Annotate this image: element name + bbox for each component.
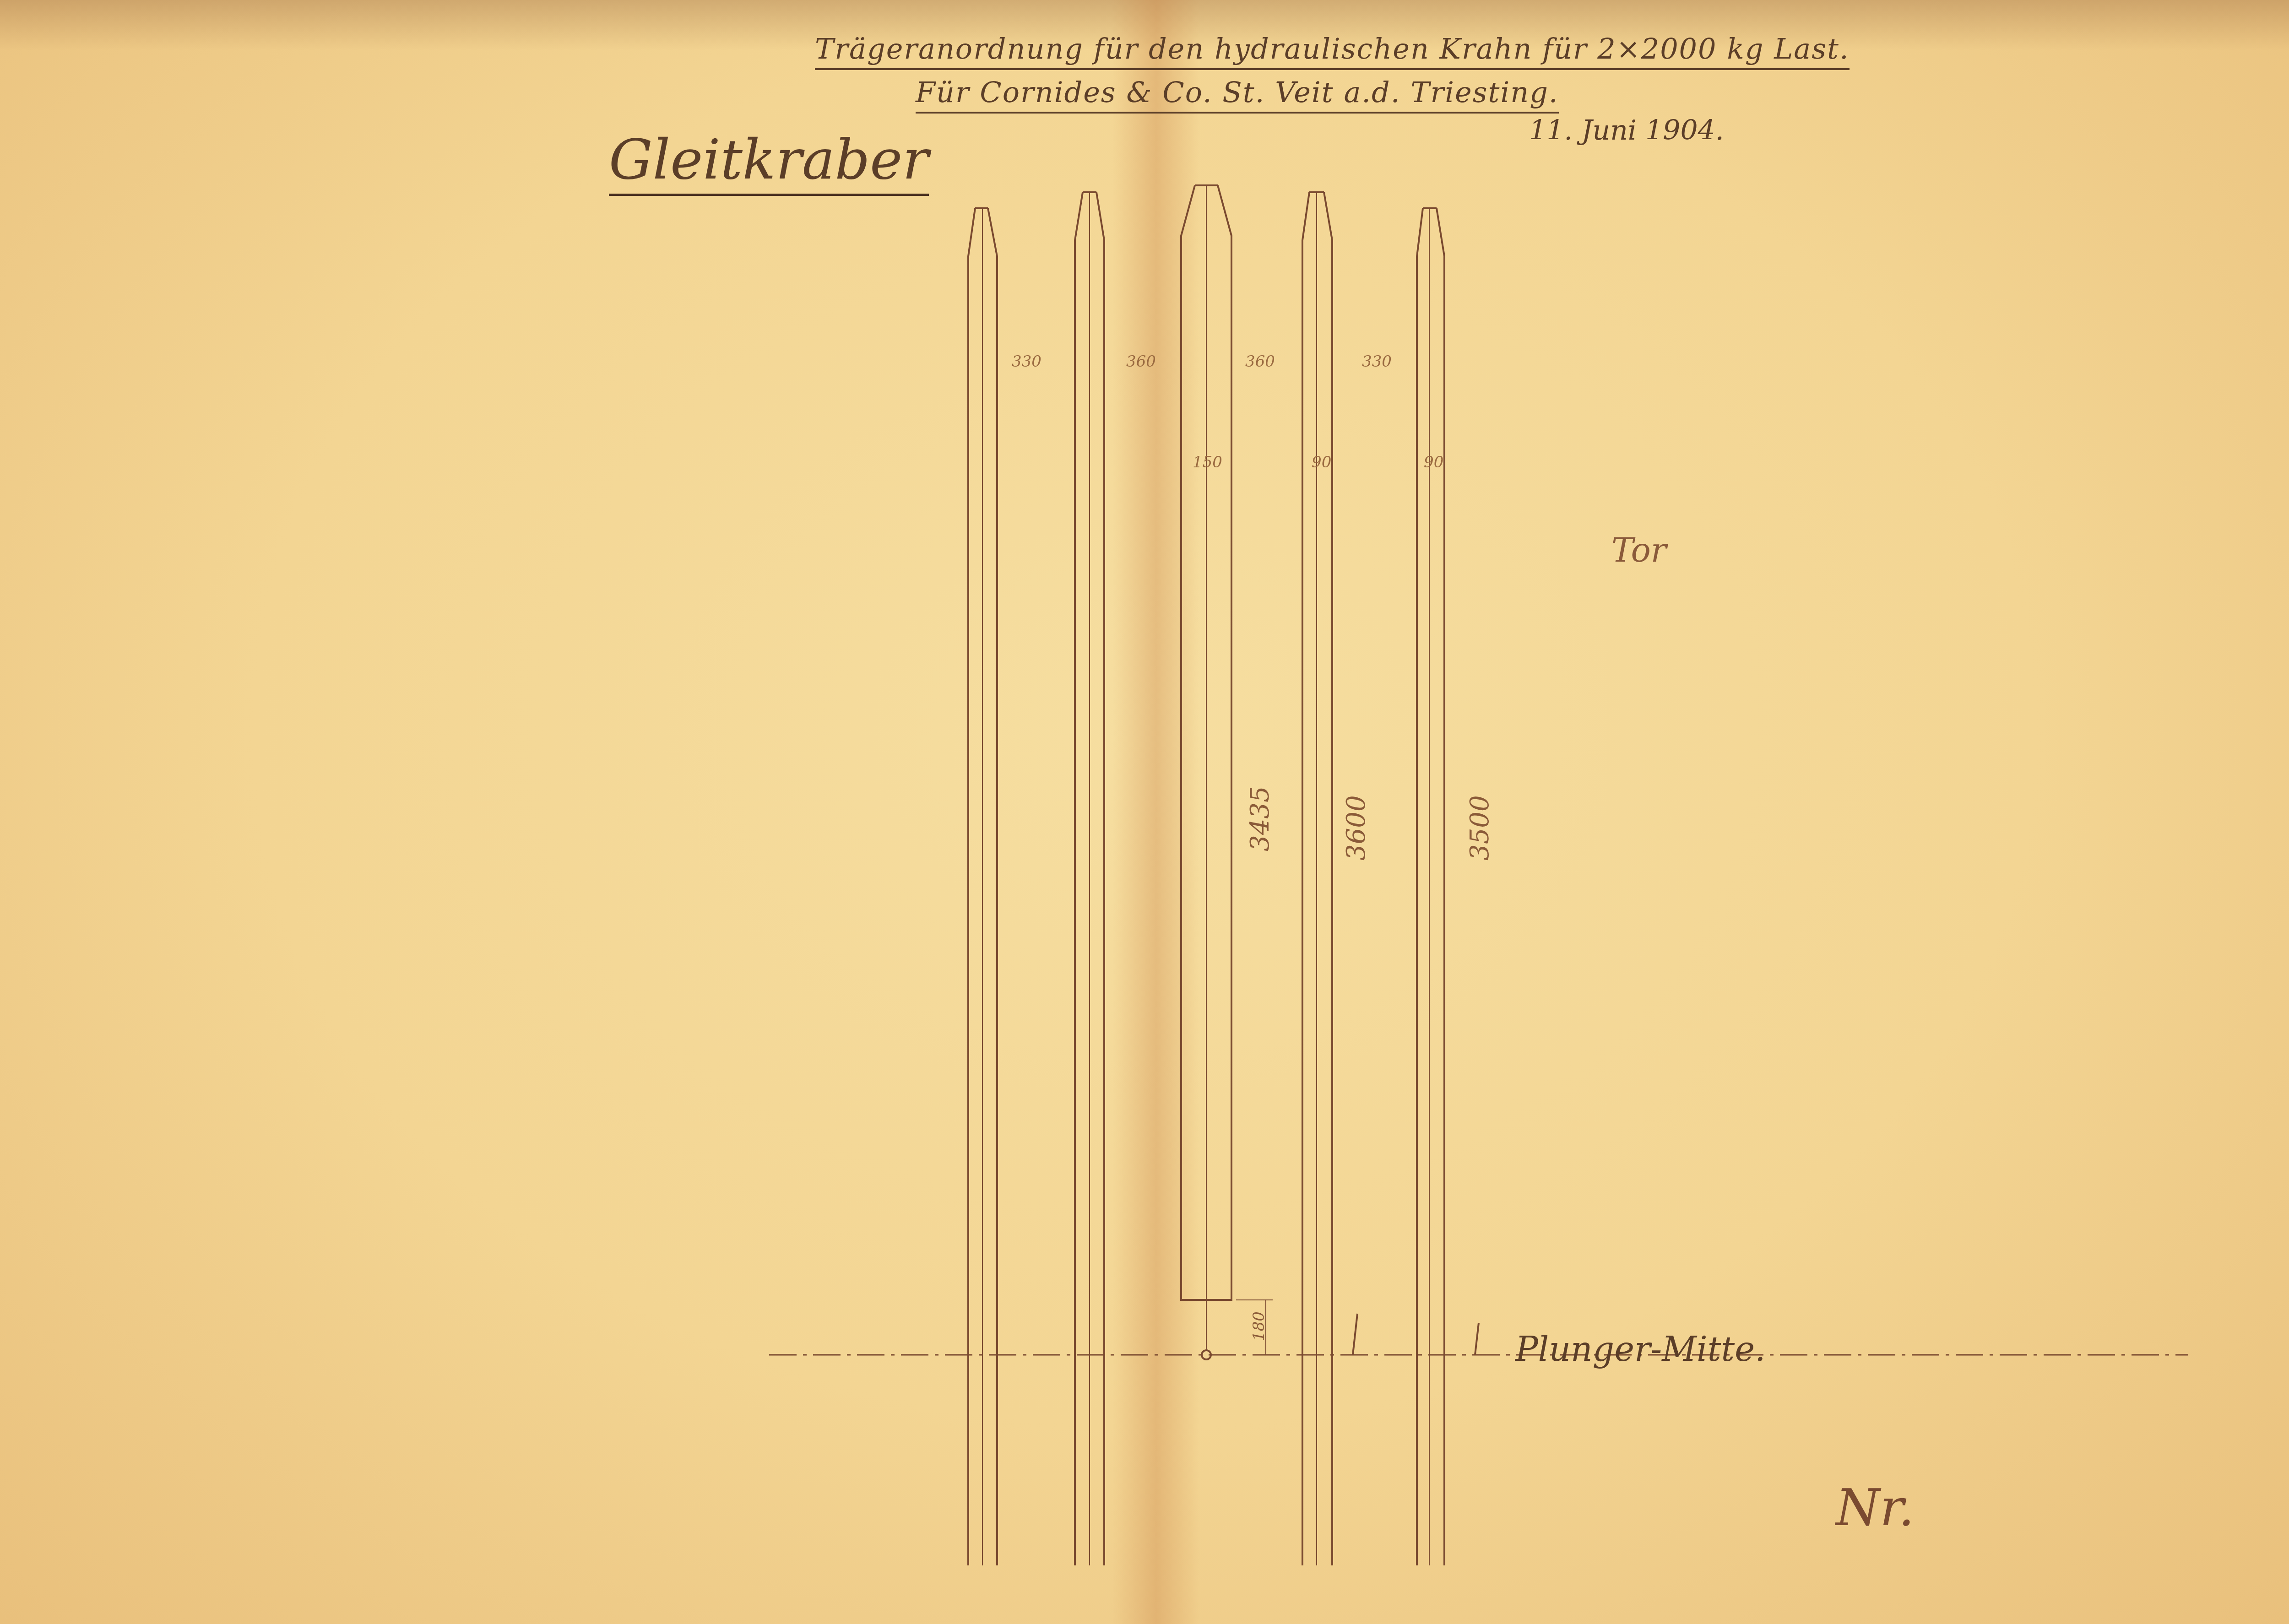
length-dimension: 3500: [1465, 795, 1495, 861]
client-line: Für Cornides & Co. St. Veit a.d. Triesti…: [916, 76, 1559, 114]
width-dimension: 90: [1312, 453, 1331, 471]
spacing-dimension: 360: [1245, 352, 1275, 371]
offset-dimension: 180: [1250, 1311, 1268, 1341]
drawing-title: Trägeranordnung für den hydraulischen Kr…: [815, 32, 1850, 70]
number-label: Nr.: [1836, 1478, 1915, 1537]
spacing-dimension: 330: [1012, 352, 1041, 371]
length-dimension: 3435: [1245, 786, 1275, 851]
side-label: Tor: [1611, 531, 1666, 569]
drawing-date: 11. Juni 1904.: [1529, 114, 1724, 146]
width-dimension: 90: [1424, 453, 1443, 471]
length-dimension: 3600: [1341, 795, 1371, 861]
width-dimension: 150: [1193, 453, 1222, 471]
spacing-dimension: 360: [1126, 352, 1156, 371]
beam-layout-drawing: [0, 0, 2289, 1624]
stamp-label: Gleitkraber: [609, 128, 929, 196]
spacing-dimension: 330: [1362, 352, 1392, 371]
drawing-sheet: Trägeranordnung für den hydraulischen Kr…: [0, 0, 2289, 1624]
datum-line-label: Plunger-Mitte.: [1515, 1330, 1766, 1369]
